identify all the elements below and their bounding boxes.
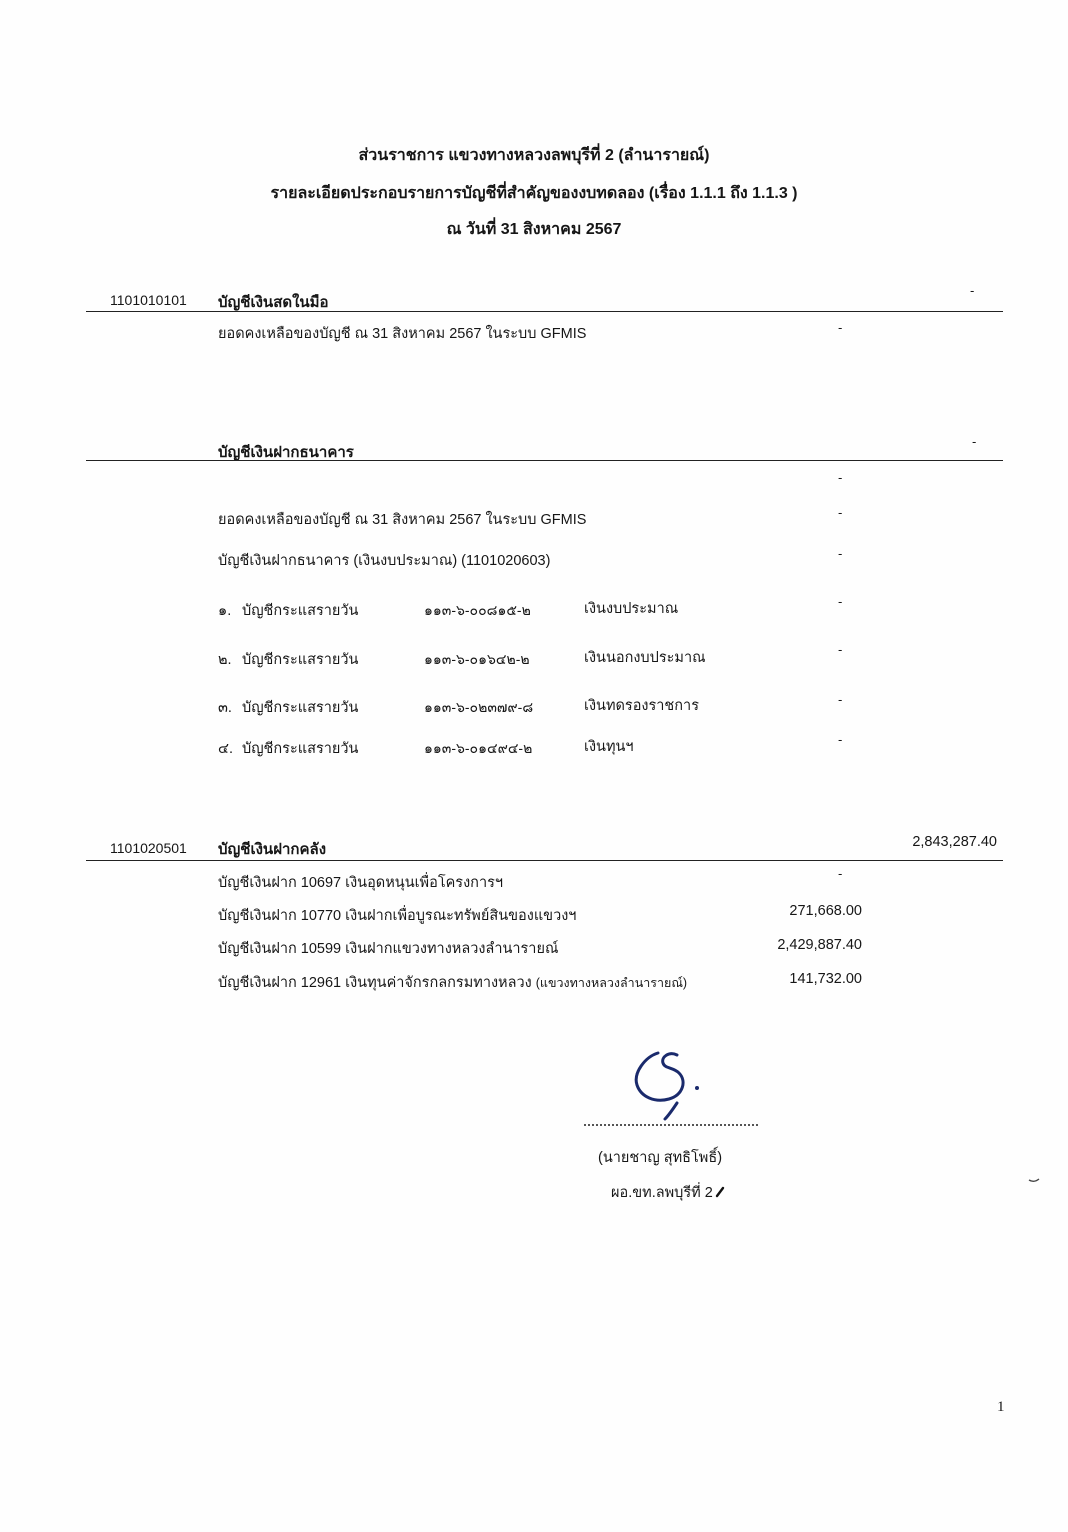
row-label-wrap: บัญชีเงินฝาก 12961 เงินทุนค่าจักรกลกรมทา… bbox=[218, 971, 687, 994]
row-amount: - bbox=[838, 470, 842, 485]
account-type: บัญชีกระแสรายวัน bbox=[242, 648, 358, 671]
account-fund: เงินทุนฯ bbox=[584, 735, 634, 758]
section-total: 2,843,287.40 bbox=[860, 834, 997, 850]
divider bbox=[86, 311, 1003, 312]
row-label: ยอดคงเหลือของบัญชี ณ 31 สิงหาคม 2567 ในร… bbox=[218, 508, 586, 531]
section-total: - bbox=[972, 434, 976, 449]
account-index: ๓. bbox=[218, 696, 232, 719]
divider bbox=[86, 860, 1003, 861]
row-amount: - bbox=[838, 546, 842, 561]
row-label: ยอดคงเหลือของบัญชี ณ 31 สิงหาคม 2567 ในร… bbox=[218, 322, 586, 345]
report-title: รายละเอียดประกอบรายการบัญชีที่สำคัญของงบ… bbox=[0, 181, 1068, 206]
account-index: ๒. bbox=[218, 648, 232, 671]
account-amount: - bbox=[838, 642, 842, 657]
account-fund: เงินทดรองราชการ bbox=[584, 694, 699, 717]
account-index: ๑. bbox=[218, 599, 231, 622]
account-code: 1101010101 bbox=[110, 292, 187, 308]
signer-position: ผอ.ขท.ลพบุรีที่ 2 bbox=[611, 1181, 713, 1204]
signer-name: (นายชาญ สุทธิโพธิ์) bbox=[598, 1146, 722, 1169]
pen-mark-icon bbox=[714, 1186, 726, 1198]
row-amount: - bbox=[838, 866, 842, 881]
row-amount: - bbox=[838, 505, 842, 520]
account-fund: เงินงบประมาณ bbox=[584, 597, 678, 620]
account-fund: เงินนอกงบประมาณ bbox=[584, 646, 706, 669]
account-type: บัญชีกระแสรายวัน bbox=[242, 737, 358, 760]
signature-line bbox=[584, 1124, 758, 1126]
account-index: ๔. bbox=[218, 737, 233, 760]
signature-scribble-icon bbox=[625, 1045, 725, 1125]
account-amount: - bbox=[838, 692, 842, 707]
account-code: 1101020501 bbox=[110, 840, 187, 856]
row-amount: 141,732.00 bbox=[740, 971, 862, 987]
row-label: บัญชีเงินฝาก 10697 เงินอุดหนุนเพื่อโครงก… bbox=[218, 871, 503, 894]
row-amount: 271,668.00 bbox=[740, 903, 862, 919]
account-number: ๑๑๓-๖-๐๐๘๑๕-๒ bbox=[424, 600, 531, 622]
account-number: ๑๑๓-๖-๐๒๓๗๙-๘ bbox=[424, 697, 533, 719]
section-title: บัญชีเงินฝากคลัง bbox=[218, 837, 326, 861]
account-amount: - bbox=[838, 594, 842, 609]
row-label: บัญชีเงินฝาก 12961 เงินทุนค่าจักรกลกรมทา… bbox=[218, 975, 532, 991]
row-label: บัญชีเงินฝากธนาคาร (เงินงบประมาณ) (11010… bbox=[218, 549, 550, 572]
row-amount: 2,429,887.40 bbox=[740, 937, 862, 953]
account-type: บัญชีกระแสรายวัน bbox=[242, 696, 358, 719]
row-label: บัญชีเงินฝาก 10770 เงินฝากเพื่อบูรณะทรัพ… bbox=[218, 904, 576, 927]
account-type: บัญชีกระแสรายวัน bbox=[242, 599, 358, 622]
report-date: ณ วันที่ 31 สิงหาคม 2567 bbox=[0, 217, 1068, 242]
scan-mark-icon bbox=[1027, 1176, 1041, 1184]
account-number: ๑๑๓-๖-๐๑๖๔๒-๒ bbox=[424, 649, 530, 671]
row-amount: - bbox=[838, 320, 842, 335]
page-number: 1 bbox=[997, 1399, 1005, 1416]
divider bbox=[86, 460, 1003, 461]
report-agency-title: ส่วนราชการ แขวงทางหลวงลพบุรีที่ 2 (ลำนาร… bbox=[0, 143, 1068, 168]
row-note: (แขวงทางหลวงลำนารายณ์) bbox=[536, 976, 687, 990]
account-amount: - bbox=[838, 732, 842, 747]
section-total: - bbox=[970, 283, 974, 298]
account-number: ๑๑๓-๖-๐๑๔๙๔-๒ bbox=[424, 738, 532, 760]
row-label: บัญชีเงินฝาก 10599 เงินฝากแขวงทางหลวงลำน… bbox=[218, 937, 558, 960]
